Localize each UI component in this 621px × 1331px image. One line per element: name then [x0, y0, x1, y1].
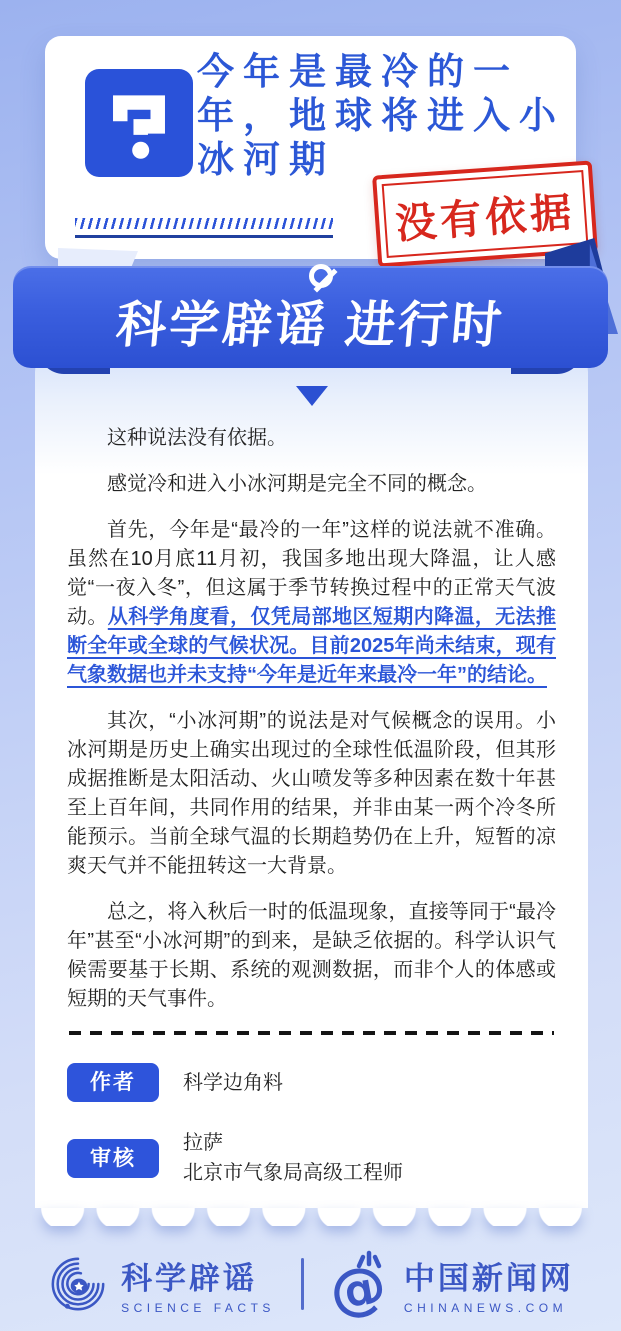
hatch-lines-decoration [75, 218, 333, 229]
reviewer-tag: 审核 [67, 1139, 159, 1178]
author-tag: 作者 [67, 1063, 159, 1102]
poster-background: 今年是最冷的一年，地球将进入小冰河期 没有依据 科学辟谣 进行时 这种说法没有依… [0, 0, 621, 1331]
question-mark-glyph [93, 77, 185, 169]
article-paragraph: 首先，今年是“最冷的一年”这样的说法就不准确。虽然在10月底11月初，我国多地出… [67, 516, 556, 690]
chinanews-logo-cn: 中国新闻网 [404, 1253, 574, 1298]
card-scalloped-edge [35, 1208, 588, 1226]
footer: 科学辟谣 SCIENCE FACTS @ 中国新闻网 CHINANEWS.COM [0, 1244, 621, 1324]
article-highlighted-text: 从科学角度看，仅凭局部地区短期内降温，无法推断全年或全球的气候状况。目前2025… [67, 606, 556, 686]
chinanews-logo: @ 中国新闻网 CHINANEWS.COM [330, 1251, 574, 1317]
science-facts-logo-text: 科学辟谣 SCIENCE FACTS [121, 1253, 275, 1315]
at-icon: @ [330, 1251, 392, 1317]
dashed-divider [69, 1031, 554, 1035]
reviewer-title: 北京市气象局高级工程师 [183, 1158, 403, 1188]
logo-divider [301, 1258, 304, 1310]
triangle-down-icon [296, 386, 328, 406]
section-banner: 科学辟谣 进行时 [13, 266, 608, 368]
section-banner-title: 科学辟谣 进行时 [113, 277, 508, 357]
reviewer-row: 审核 拉萨 北京市气象局高级工程师 [67, 1128, 556, 1188]
article-paragraph: 总之，将入秋后一时的低温现象，直接等同于“最冷年”甚至“小冰河期”的到来，是缺乏… [67, 898, 556, 1014]
author-name: 科学边角料 [183, 1068, 283, 1098]
chinanews-logo-text: 中国新闻网 CHINANEWS.COM [404, 1253, 574, 1315]
verdict-stamp-text: 没有依据 [382, 170, 589, 258]
reviewer-info: 拉萨 北京市气象局高级工程师 [183, 1128, 403, 1188]
at-glyph: @ [325, 1253, 391, 1327]
question-mark-icon [85, 69, 193, 177]
claim-card: 今年是最冷的一年，地球将进入小冰河期 没有依据 [45, 36, 576, 259]
article-paragraph: 其次，“小冰河期”的说法是对气候概念的误用。小冰河期是历史上确实出现过的全球性低… [67, 707, 556, 881]
science-facts-logo-cn: 科学辟谣 [121, 1253, 275, 1298]
article-card: 这种说法没有依据。 感觉冷和进入小冰河期是完全不同的概念。 首先，今年是“最冷的… [35, 350, 588, 1208]
article-paragraph: 感觉冷和进入小冰河期是完全不同的概念。 [67, 470, 556, 499]
science-facts-logo-en: SCIENCE FACTS [121, 1301, 275, 1315]
article-body: 这种说法没有依据。 感觉冷和进入小冰河期是完全不同的概念。 首先，今年是“最冷的… [35, 406, 588, 1188]
author-row: 作者 科学边角料 [67, 1063, 556, 1102]
science-facts-logo: 科学辟谣 SCIENCE FACTS [47, 1252, 275, 1316]
science-facts-swirl-icon [47, 1252, 109, 1316]
reviewer-name: 拉萨 [183, 1128, 403, 1158]
article-paragraph: 这种说法没有依据。 [67, 424, 556, 453]
claim-title: 今年是最冷的一年，地球将进入小冰河期 [197, 50, 587, 182]
chinanews-logo-en: CHINANEWS.COM [404, 1301, 574, 1315]
underline-rule [75, 235, 333, 238]
